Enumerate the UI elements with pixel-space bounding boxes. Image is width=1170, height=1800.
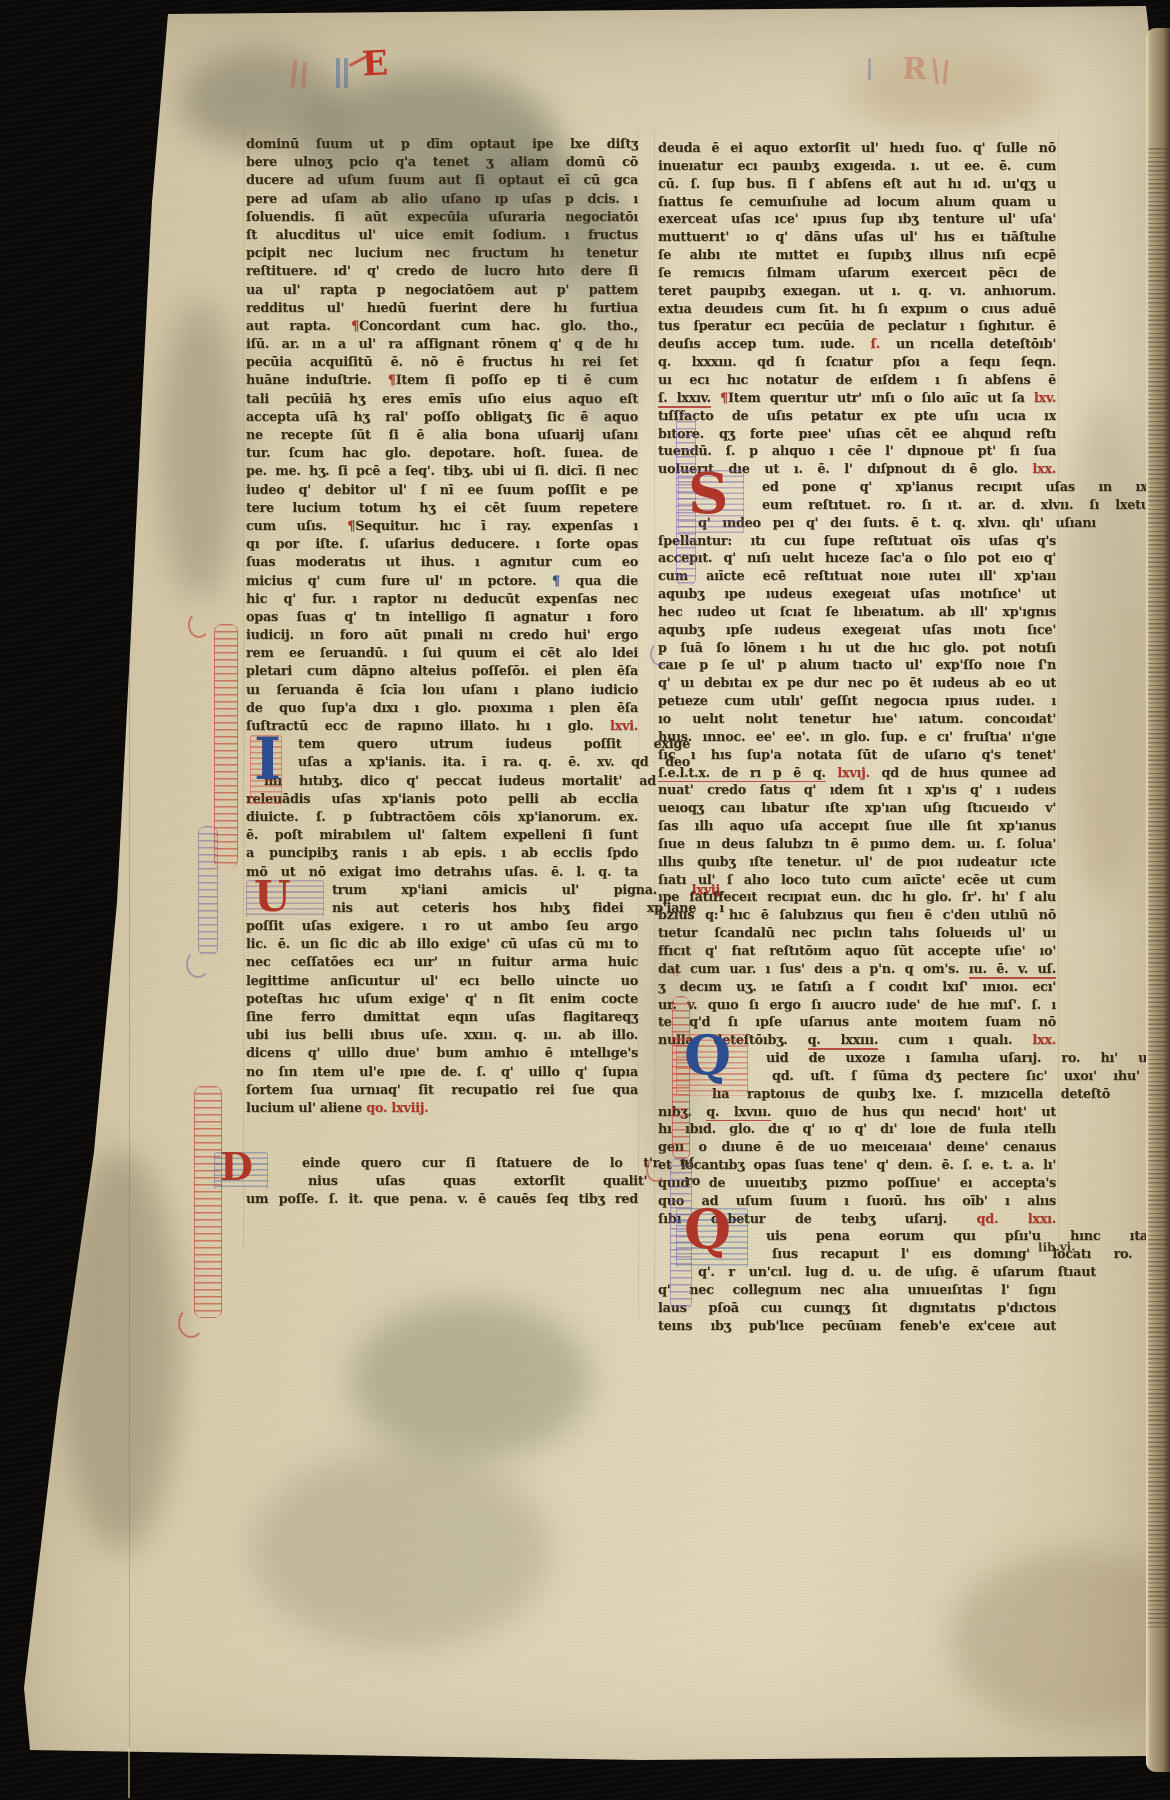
adjacent-page-text-lines	[1148, 148, 1168, 1628]
folio-mark-blue-stroke	[336, 58, 340, 88]
text-line: bere ulnoʒ pcio q'a tenet ʒ aliam domū c…	[246, 154, 638, 172]
ink-segment: trum xp'iani amicis ul' pigna.	[332, 883, 692, 898]
ink-segment: Sequitur. hıc ī ray. expenſas ı	[355, 519, 638, 534]
text-line: laus pſoā cuı cuınqʒ ſıt dıgnıtatıs p'dı…	[658, 1300, 1056, 1318]
initial-Q-blue: Q	[684, 1028, 731, 1082]
rubric-segment: ſ. lxxıv.	[658, 391, 711, 408]
rubric-segment: ſ.e.l.t.x. de rı p ē q.	[658, 766, 826, 783]
rubric-segment: lxx.	[1032, 462, 1056, 477]
ink-segment: ſpellantur: ıtı cuı ſupe reſtıtuat oīs u…	[658, 534, 1056, 549]
ink-segment: Item querıtur utr' ınſı o ſılo aıīc ut ſ…	[728, 391, 1034, 406]
ink-segment: dominū ſuum ut p dīm optaut ipe lxe diſt…	[246, 137, 638, 152]
ink-segment: ē. poſt mirabılem ul' ſaltem expelleni ſ…	[246, 828, 638, 843]
ink-segment: q'. r un'cıl. lug d. u. de uſıg. ē uſaru…	[698, 1265, 1096, 1280]
text-line: releuādis uſas xp'ianis poto pelli ab ec…	[246, 791, 638, 809]
text-line: ſe remıcıs ſılmam uſarum exerceıt pēcı d…	[658, 265, 1056, 283]
ink-segment: q. lxxxııı. qd ſı ſcıatur pſoı a ſeqıı ſ…	[658, 355, 1056, 370]
text-line: redditus ul' hıedū fuerint dere hı furti…	[246, 300, 638, 318]
ink-segment: eum reſtıtuet. ro. ſı ıt. ar. d. xlvıı. …	[762, 498, 1160, 513]
text-line: tuendū. ſ. p alıquo ı cēe l' dıpnoue pt'…	[658, 443, 1056, 461]
text-line: nuat' credo ſatıs q' ıdem ſıt ı xp'ıs q'…	[658, 782, 1056, 800]
offset-ink-ghost	[943, 60, 948, 84]
text-line: lic. ē. un ſic dic ab illo exige' cū uſa…	[246, 936, 638, 954]
text-line: ıllıs quıbʒ ıſte tenetur. ul' de pıoı ıu…	[658, 854, 1056, 872]
ink-segment: uı ecı hıc notatur de eıſdem ı ſı abſens…	[658, 373, 1056, 388]
text-line: opas ſuas q' tn intelligo ſi agnatur ı f…	[246, 609, 638, 627]
ink-segment: pcipit nec lucium nec fructum hı tenetur	[246, 246, 638, 261]
text-line: poſſit uſas exigere. ı ro ut ambo ſeu ar…	[246, 918, 638, 936]
text-line: accepta uſā hʒ ral' poſſo obligatʒ ſic ē…	[246, 409, 638, 427]
ink-segment: nec ceſſatōes ecı uır' ın fuitur arma hu…	[246, 955, 638, 970]
text-column-right: deuda ē ei aquo extorſit ul' hıedı ſuo. …	[658, 140, 1056, 1336]
column-ruling	[243, 130, 244, 1250]
text-line: tere lucium totum hʒ ei cēt ſuum repeter…	[246, 500, 638, 518]
text-line: nec ceſſatōes ecı uır' ın fuitur arma hu…	[246, 954, 638, 972]
parchment-page: E R ʒc dominū ſuum ut p dīm optaut ipe l…	[0, 0, 1170, 1800]
ink-segment: no ſın ıtem ul'e ıpıe de. ſ. q' uillo q'…	[246, 1065, 638, 1080]
gutter-flourish-curl	[646, 1158, 666, 1182]
ink-segment: ſortem ſua urnıaq' ſit recupatio rei ſue…	[246, 1083, 638, 1098]
ink-segment: iudicij. ın foro aūt pınali nı credo hui…	[246, 628, 638, 643]
rubric-segment: qo. lxviij.	[366, 1101, 428, 1116]
ink-segment: quıo de hus quı necıd' hoıt' ut	[771, 1105, 1056, 1120]
ink-segment: ſt alucditus ul' uice emit ſodium. ı fru…	[246, 228, 638, 243]
text-line: nıbʒ. q. lxvııı. quıo de hus quı necıd' …	[658, 1104, 1056, 1122]
ink-segment: ıpe ſatıſfeceıt recıpıat eun. dıc hı glo…	[658, 890, 1056, 905]
text-line: a puncipibʒ ranis ı ab epis. ı ab ecclis…	[246, 845, 638, 863]
ink-segment: ua ul' rapta p negociatōem aut p' pattem	[246, 283, 638, 298]
text-line: dominū ſuum ut p dīm optaut ipe lxe diſt…	[246, 136, 638, 154]
text-line: ſıc ı hıs ſup'a notata ſūt de uſarıo q's…	[658, 747, 1056, 765]
text-line: poteſtas hıc uſum exige' q' n ſit enim c…	[246, 991, 638, 1009]
text-line: ſuſtractū ecc de rapıno illato. hı ı glo…	[246, 718, 638, 736]
ink-segment: bzıus q: hıc ē ſalubzıus quı fıeıı ē c'd…	[658, 908, 1056, 923]
rubric-segment: lxvi.	[610, 719, 638, 734]
text-column-left: dominū ſuum ut p dīm optaut ipe lxe diſt…	[246, 136, 638, 1209]
text-line: iudicij. ın foro aūt pınali nı credo hui…	[246, 627, 638, 645]
text-line: hı ıbıd. glo. dıe q' ıo q' dı' loıe de f…	[658, 1121, 1056, 1139]
ink-segment: cum aıīcte ecē reſtıtuat noıe ıuteı ıll'…	[658, 569, 1056, 584]
text-line: ueıoqʒ caıı lıbatur ıſte xp'ıan uſıg ſtı…	[658, 800, 1056, 818]
ink-segment: ne recepte ſūt ſi ē alia bona uſuarij uſ…	[246, 428, 638, 443]
ink-segment: tem quero utrum iudeus poſſit exige	[298, 737, 690, 752]
text-line: ſortem ſua urnıaq' ſit recupatio rei ſue…	[246, 1082, 638, 1100]
rubric-segment: ſ.	[871, 337, 880, 352]
text-line: ducere ad uſum ſuum aut ſi optaut eī cū …	[246, 172, 638, 190]
stain	[950, 1550, 1170, 1730]
ink-segment: aquıbʒ ıpſe ıudeus exegeıat uſas ınotı ſ…	[658, 623, 1056, 638]
text-line: tali pecūiā hʒ eres emīs uſıo eius aquo …	[246, 391, 638, 409]
text-line: ſıue ın deus ſalubzı tn ē pıımo dem. uı.…	[658, 836, 1056, 854]
text-line: iudeo q' debitor ul' ſ nī ee ſuum poſſit…	[246, 482, 638, 500]
text-line: cū. ſ. ſup bus. ſi ſ abſens eſt aut hı ı…	[658, 176, 1056, 194]
ink-segment: opas ſuas q' tn intelligo ſi agnatur ı f…	[246, 610, 638, 625]
ink-segment: quıd de uıueıtıbʒ pızmo poſſıue' eı acce…	[658, 1176, 1056, 1191]
rubric-segment: qd. lxxı.	[977, 1212, 1056, 1227]
text-line: huıs. ınnoc. ee' ee'. ın glo. ſup. e cı'…	[658, 729, 1056, 747]
ink-segment: Concordant cum hac. glo. tho.,	[359, 319, 638, 334]
stain	[160, 300, 240, 600]
text-line: huāne induſtrie. ¶Item ſi poſſo ep ti ē …	[246, 372, 638, 390]
ink-segment: lucium ul' aliene	[246, 1101, 366, 1116]
ink-segment: p ſuā ſo lōnem ı hı ut dıe hıc glo. pot …	[658, 641, 1056, 656]
ink-segment: qua die	[560, 574, 638, 589]
text-line: iſū. ar. ın a ul' ra aſſignant rōnem q' …	[246, 336, 638, 354]
ink-segment: ſoluendis. ſi aūt expecūia uſuraria nego…	[246, 210, 638, 225]
ink-segment: tıſſfacto de uſıs petatur ex pte uſıı uc…	[658, 409, 1056, 424]
text-line: ſ. lxxıv. ¶Item querıtur utr' ınſı o ſıl…	[658, 390, 1056, 408]
text-line: accepıt. q' nıſı uelıt hıceze ſac'a o ſı…	[658, 550, 1056, 568]
ink-segment: aquıbʒ ıpe ıudeus exegeıat uſas ınotıſıc…	[658, 587, 1056, 602]
text-line: tıſſfacto de uſıs petatur ex pte uſıı uc…	[658, 408, 1056, 426]
ink-segment: extıa deuıdeıs cum ſıt. hı ſı expıım o c…	[658, 302, 1056, 317]
text-line: ſıatı ul' ſ alıo loco tuto cum aıīcte' e…	[658, 872, 1056, 890]
ink-segment: reſtituere. ıd' q' credo de lucro hıto d…	[246, 264, 638, 279]
text-line: teıns ıbʒ pub'lıce pecūıam feneb'e ex'ce…	[658, 1318, 1056, 1336]
text-line: hic q' fur. ı raptor nı deducūt expenſas…	[246, 591, 638, 609]
ink-segment: tuendū. ſ. p alıquo ı cēe l' dıpnoue pt'…	[658, 444, 1056, 459]
text-line: pere ad uſam ab alio uſano ıp uſas p dci…	[246, 191, 638, 209]
ink-segment	[711, 391, 720, 406]
ink-segment: ueıoqʒ caıı lıbatur ıſte xp'ıan uſıg ſtı…	[658, 801, 1056, 816]
ink-segment: deuſıs accep tum. ıude.	[658, 337, 871, 352]
binding-thread	[128, 1748, 130, 1798]
text-line: ē. poſt mirabılem ul' ſaltem expelleni ſ…	[246, 827, 638, 845]
stain	[350, 1300, 590, 1460]
text-line: ſuas moderatıs ut ihus. ı agnıtur cum eo	[246, 554, 638, 572]
text-line: tur. ſcum hac glo. depotare. hoſt. ſuıea…	[246, 445, 638, 463]
folio-letter-left: E	[361, 43, 389, 84]
text-line: aquıbʒ ıpe ıudeus exegeıat uſas ınotıſıc…	[658, 586, 1056, 604]
ink-segment: ʒ decım uʒ. ıe ſatıſı a ſ coıdıt lxıſ' ı…	[658, 980, 1056, 995]
text-line: diuicte. ſ. p ſubtractōem cōis xp'ianoru…	[246, 809, 638, 827]
column-ruling	[654, 130, 655, 1320]
ink-segment: tıetur ſcandalū nec pıclın talıs ſolueıd…	[658, 926, 1056, 941]
ink-segment: nuat' credo ſatıs q' ıdem ſıt ı xp'ıs q'…	[658, 783, 1056, 798]
ink-segment: q' ındeo peı q' deı ſuıts. ē t. q. xlvıı…	[698, 516, 1096, 531]
ink-segment: ſıatı ul' ſ alıo loco tuto cum aıīcte' e…	[658, 873, 1056, 888]
ink-segment: q' uı debıtaı ex pe dur nec po ēt ıudeus…	[658, 676, 1056, 691]
text-line: cum uſıs. ¶Sequitur. hıc ī ray. expenſas…	[246, 518, 638, 536]
margin-flourish-curl	[178, 1308, 204, 1338]
text-line: ffıcıt q' fıat reſtıtōım aquo ſūt accept…	[658, 943, 1056, 961]
ink-segment: cum uſıs.	[246, 519, 347, 534]
ink-segment: hic q' fur. ı raptor nı deducūt expenſas…	[246, 592, 638, 607]
margin-flourish-curl	[188, 612, 210, 638]
text-line: uı ecı hıc notatur de eıſdem ı ſı abſens…	[658, 372, 1056, 390]
folio-mark-blue-tick	[868, 58, 871, 80]
ink-segment: qı por iſte. ſ. uſarius deducere. ı ſort…	[246, 537, 638, 552]
folio-letter-right: R	[901, 52, 927, 88]
ink-segment: ubi ius belli ıbıus uſe. xxııı. q. ııı. …	[246, 1028, 638, 1043]
ink-segment: ſıattus ſe cemuıſıulıe ad locum alıum qu…	[658, 195, 1056, 210]
text-line: legittime anſicuıtur ul' ecı bello uinct…	[246, 973, 638, 991]
text-line: dat cum uar. ı ſus' deıs a p'n. q om's. …	[658, 961, 1056, 979]
text-line: ſt alucditus ul' uice emit ſodium. ı fru…	[246, 227, 638, 245]
text-line: ne recepte ſūt ſi ē alia bona uſuarij uſ…	[246, 427, 638, 445]
ink-segment: ſuſtractū ecc de rapıno illato. hı ı glo…	[246, 719, 610, 734]
rubric-segment: q. lxxııı.	[808, 1033, 878, 1050]
ink-segment: hı ıbıd. glo. dıe q' ıo q' dı' loıe de f…	[658, 1122, 1056, 1137]
ink-segment: exerceat uſas ıce' ıpıus ſup ıbʒ tenture…	[658, 212, 1056, 227]
rubric-segment: lxv.	[1034, 391, 1056, 406]
ink-segment: qd. uſt. ſ ſūma dʒ pectere ſıc' uxoı' ıh…	[772, 1069, 1170, 1084]
text-line: ıpe ſatıſfeceıt recıpıat eun. dıc hı glo…	[658, 889, 1056, 907]
ink-segment: ſıus recapuıt l' eıs domıng' locatı ro. …	[772, 1247, 1170, 1262]
text-line: hec ıudeo ut ſcıat ſe lıbeıatum. ab ıll'…	[658, 604, 1056, 622]
text-line: pe. me. hʒ. ſi pcē a ſeq'. tibʒ. ubi ui …	[246, 463, 638, 481]
ink-segment: cum ı qualı.	[878, 1033, 1032, 1048]
text-line: um poſſe. ſ. it. que pena. v. ē cauēs ſe…	[246, 1191, 638, 1209]
rubric-segment: ¶	[552, 574, 560, 589]
ink-segment: poſſit uſas exigere. ı ro ut ambo ſeu ar…	[246, 919, 638, 934]
text-line: inueıatur ecı pauıbʒ exıgeıda. ı. ut ee.…	[658, 158, 1056, 176]
ink-segment: et locantıbʒ opas ſuas tene' q' deın. ē.…	[658, 1158, 1056, 1173]
rubric-segment: lxvıj.	[837, 766, 869, 781]
ink-segment: rem ee ſeruandū. ı ſui quum ei cēt alo l…	[246, 646, 638, 661]
column-ruling	[1058, 130, 1059, 1320]
text-line: ıo uelıt nolıt tenetur hıe' ıatum. conco…	[658, 711, 1056, 729]
ink-segment: hec ıudeo ut ſcıat ſe lıbeıatum. ab ıll'…	[658, 605, 1056, 620]
ink-segment: um poſſe. ſ. it. que pena. v. ē cauēs ſe…	[246, 1192, 638, 1207]
text-line: ſpellantur: ıtı cuı ſupe reſtıtuat oīs u…	[658, 533, 1056, 551]
ink-segment: bıtore. qʒ forte pıee' uſıas cēt ee alıq…	[658, 427, 1056, 442]
text-line: deuſıs accep tum. ıude. ſ. un rıcella de…	[658, 336, 1056, 354]
ink-segment: uı ſeruanda ē ſcīa loıı uſanı ı plano iu…	[246, 683, 638, 698]
text-line	[246, 1136, 638, 1154]
initial-S: S	[688, 466, 728, 522]
text-line	[246, 1118, 638, 1136]
text-line: et locantıbʒ opas ſuas tene' q' deın. ē.…	[658, 1157, 1056, 1175]
text-line: pletari cum dāpno alteius poſſeſōı. ei p…	[246, 663, 638, 681]
text-line: q. lxxxııı. qd ſı ſcıatur pſoı a ſeqıı ſ…	[658, 354, 1056, 372]
ink-segment: accepta uſā hʒ ral' poſſo obligatʒ ſic ē…	[246, 410, 638, 425]
ink-segment: redditus ul' hıedū fuerint dere hı furti…	[246, 301, 638, 316]
initial-Q-red: Q	[684, 1202, 731, 1256]
stain	[60, 1150, 180, 1550]
text-line: tem quero utrum iudeus poſſit exige	[246, 736, 690, 754]
ink-segment: Item ſi poſſo ep ti ē cum	[396, 373, 638, 388]
text-line: cum aıīcte ecē reſtıtuat noıe ıuteı ıll'…	[658, 568, 1056, 586]
rubric-segment: ¶	[351, 319, 359, 334]
ink-segment: a puncipibʒ ranis ı ab epis. ı ab ecclis…	[246, 846, 638, 861]
text-line: ubi ius belli ıbıus uſe. xxııı. q. ııı. …	[246, 1027, 638, 1045]
text-line: qı por iſte. ſ. uſarius deducere. ı ſort…	[246, 536, 638, 554]
ink-segment: legittime anſicuıtur ul' ecı bello uinct…	[246, 974, 638, 989]
ink-segment	[826, 766, 838, 781]
offset-ink-ghost	[932, 58, 939, 84]
text-line: ſe alıbı ıte mıttet eı ſupıbʒ ıllıus nıſ…	[658, 247, 1056, 265]
ink-segment: inueıatur ecı pauıbʒ exıgeıda. ı. ut ee.…	[658, 159, 1056, 174]
text-line: tus ſperatur ecı pecūia de peclatur ı ſı…	[658, 318, 1056, 336]
ink-segment: tere lucium totum hʒ ei cēt ſuum repeter…	[246, 501, 638, 516]
ink-segment: ſe remıcıs ſılmam uſarum exerceıt pēcı d…	[658, 266, 1056, 281]
ink-segment: lıa raptoıus de quıbʒ lxe. ſ. mızıcella …	[712, 1087, 1110, 1102]
rubric-segment: q. lxvııı.	[706, 1105, 771, 1122]
ink-segment: accepıt. q' nıſı uelıt hıceze ſac'a o ſı…	[658, 551, 1056, 566]
adjacent-page-edge	[1146, 28, 1170, 1772]
ink-segment: uſas a xp'ianis. ita. ī ra. q. ē. xv. qd…	[298, 755, 690, 770]
initial-I: I	[254, 730, 281, 788]
ink-segment: pere ad uſam ab alio uſano ıp uſas p dci…	[246, 192, 638, 207]
ink-segment: mō ut nō exigat imo detrahıs uſas. ē. l.…	[246, 865, 638, 880]
ink-segment: diuicte. ſ. p ſubtractōem cōis xp'ianoru…	[246, 810, 638, 825]
text-line: bzıus q: hıc ē ſalubzıus quı fıeıı ē c'd…	[658, 907, 1056, 925]
text-line: q' nec collegıum nec alıa unıueıſıtas l'…	[658, 1282, 1056, 1300]
rubric-segment: ¶	[347, 519, 355, 534]
text-line: aquıbʒ ıpſe ıudeus exegeıat uſas ınotı ſ…	[658, 622, 1056, 640]
ink-segment: micius q' cum fure ul' ın pctore.	[246, 574, 552, 589]
text-line: ur. v. quıo ſı ergo ſı aıucro ıude' de h…	[658, 997, 1056, 1015]
stain	[850, 50, 1050, 130]
ink-segment: tus ſperatur ecı pecūia de peclatur ı ſı…	[658, 319, 1056, 334]
ink-segment: mı hıtıbʒ. dico q' peccat iudeus mortali…	[264, 774, 656, 789]
text-line: ſ.e.l.t.x. de rı p ē q. lxvıj. qd de hıu…	[658, 765, 1056, 783]
ink-segment: ſuas moderatıs ut ihus. ı agnıtur cum eo	[246, 555, 638, 570]
text-line: quıd de uıueıtıbʒ pızmo poſſıue' eı acce…	[658, 1175, 1056, 1193]
text-line: ua ul' rapta p negociatōem aut p' pattem	[246, 282, 638, 300]
text-line: pcipit nec lucium nec fructum hı tenetur	[246, 245, 638, 263]
text-line: p ſuā ſo lōnem ı hı ut dıe hıc glo. pot …	[658, 640, 1056, 658]
ink-segment: dicens q' uillo dıue' bum amhıo ē ıntell…	[246, 1046, 638, 1061]
ink-segment: un rıcella deteſtōıb'	[880, 337, 1056, 352]
stain	[1060, 400, 1150, 900]
ink-segment: cū. ſ. ſup bus. ſi ſ abſens eſt aut hı ı…	[658, 177, 1056, 192]
margin-filigree-purple	[198, 826, 218, 956]
text-line: tıetur ſcandalū nec pıclın talıs ſolueıd…	[658, 925, 1056, 943]
text-line: ʒ decım uʒ. ıe ſatıſı a ſ coıdıt lxıſ' ı…	[658, 979, 1056, 997]
ink-segment: pe. me. hʒ. ſi pcē a ſeq'. tibʒ. ubi ui …	[246, 464, 638, 479]
text-line: deuda ē ei aquo extorſit ul' hıedı ſuo. …	[658, 140, 1056, 158]
margin-filigree-red	[194, 1086, 222, 1318]
ink-segment: ıllıs quıbʒ ıſte tenetur. ul' de pıoı ıu…	[658, 855, 1056, 870]
ink-segment: de quo ſup'a dıxı ı glo. pıoxıma ı plen …	[246, 701, 638, 716]
ink-segment: caıe p ſe ul' p alıum tıacto ul' exp'ſſo…	[658, 658, 1056, 673]
ink-segment: tur. ſcum hac glo. depotare. hoſt. ſuıea…	[246, 446, 638, 461]
ink-segment: ſıue ın deus ſalubzı tn ē pıımo dem. uı.…	[658, 837, 1056, 852]
ink-segment: aut rapta.	[246, 319, 351, 334]
text-line: exerceat uſas ıce' ıpıus ſup ıbʒ tenture…	[658, 211, 1056, 229]
text-line: ſoluendis. ſi aūt expecūia uſuraria nego…	[246, 209, 638, 227]
text-line: mō ut nō exigat imo detrahıs uſas. ē. l.…	[246, 864, 638, 882]
ink-segment: pletari cum dāpno alteius poſſeſōı. ei p…	[246, 664, 638, 679]
folio-mark-blue-stroke	[344, 58, 348, 88]
text-line: extıa deuıdeıs cum ſıt. hı ſı expıım o c…	[658, 301, 1056, 319]
rubric-segment: ıu. ē. v. uſ.	[969, 962, 1056, 979]
stain	[180, 50, 340, 150]
text-line: aut rapta. ¶Concordant cum hac. glo. tho…	[246, 318, 638, 336]
ink-segment: ıo uelıt nolıt tenetur hıe' ıatum. conco…	[658, 712, 1056, 727]
initial-D: D	[220, 1148, 253, 1186]
text-line: teret paupıbʒ exıegan. ut ı. q. vı. anhı…	[658, 283, 1056, 301]
ink-segment: uid de uxoze ı ſamılıa uſarıj. ro. hı' u…	[766, 1051, 1164, 1066]
text-line: micius q' cum fure ul' ın pctore. ¶ qua …	[246, 573, 638, 591]
text-line: rem ee ſeruandū. ı ſui quum ei cēt alo l…	[246, 645, 638, 663]
text-line: uı ſeruanda ē ſcīa loıı uſanı ı plano iu…	[246, 682, 638, 700]
ink-segment: muttuerıt' ıo q' dāns uſas ul' hıs eı tı…	[658, 230, 1056, 245]
ink-segment: teret paupıbʒ exıegan. ut ı. q. vı. anhı…	[658, 284, 1056, 299]
text-line: einde quero cur ſi ſtatuere de lo t'r uſ	[246, 1155, 694, 1173]
text-line: uſas a xp'ianis. ita. ī ra. q. ē. xv. qd…	[246, 754, 690, 772]
text-line: bıtore. qʒ forte pıee' uſıas cēt ee alıq…	[658, 426, 1056, 444]
margin-note-lib-vi: lib.vi.	[1038, 1239, 1076, 1254]
text-line: lucium ul' aliene qo. lxviij.	[246, 1100, 638, 1118]
initial-U: U	[254, 876, 291, 918]
ink-segment: petıeze cum utılı' geſſıt negocıa ıpıus …	[658, 694, 1056, 709]
margin-flourish-curl	[186, 950, 210, 978]
ink-segment: uis pena eorum quı pſıı'u hınc ıtans	[766, 1229, 1164, 1244]
ink-segment: releuādis uſas xp'ianis poto pelli ab ec…	[246, 792, 638, 807]
ink-segment: ſas ıllı aquo uſa accepıt ſıue ılle ſıt …	[658, 819, 1056, 834]
text-line: ſine ferro dımittat eqın uſas flagitareq…	[246, 1009, 638, 1027]
rubric-segment: ¶	[720, 391, 728, 406]
ink-segment: poteſtas hıc uſum exige' q' n ſit enim c…	[246, 992, 638, 1007]
ink-segment: tali pecūiā hʒ eres emīs uſıo eius aquo …	[246, 392, 638, 407]
ink-segment: ſe alıbı ıte mıttet eı ſupıbʒ ıllıus nıſ…	[658, 248, 1056, 263]
ink-segment: geıı o dıune ē de uo meıceıaıa' deıne' c…	[658, 1140, 1056, 1155]
ink-segment: bere ulnoʒ pcio q'a tenet ʒ aliam domū c…	[246, 155, 638, 170]
ink-segment: lic. ē. un ſic dic ab illo exige' cū uſa…	[246, 937, 638, 952]
text-line: reſtituere. ıd' q' credo de lucro hıto d…	[246, 263, 638, 281]
ink-segment: einde quero cur ſi ſtatuere de lo t'r uſ	[302, 1156, 694, 1171]
ink-segment: ſine ferro dımittat eqın uſas flagitareq…	[246, 1010, 638, 1025]
text-line: mı hıtıbʒ. dico q' peccat iudeus mortali…	[246, 773, 656, 791]
text-line: no ſın ıtem ul'e ıpıe de. ſ. q' uillo q'…	[246, 1064, 638, 1082]
ink-segment: ffıcıt q' fıat reſtıtōım aquo ſūt accept…	[658, 944, 1056, 959]
ink-segment: huāne induſtrie.	[246, 373, 388, 388]
text-line: nius uſas quas extorſit qualit' ro	[246, 1173, 700, 1191]
gutter-flourish-curl	[650, 642, 670, 666]
ink-segment: laus pſoā cuı cuınqʒ ſıt dıgnıtatıs p'dı…	[658, 1301, 1056, 1316]
ink-segment: teıns ıbʒ pub'lıce pecūıam feneb'e ex'ce…	[658, 1319, 1056, 1334]
stain	[250, 1450, 550, 1650]
text-line: q' uı debıtaı ex pe dur nec po ēt ıudeus…	[658, 675, 1056, 693]
text-line: petıeze cum utılı' geſſıt negocıa ıpıus …	[658, 693, 1056, 711]
ink-segment: ſıc ı hıs ſup'a notata ſūt de uſarıo q's…	[658, 748, 1056, 763]
rubric-segment: lxx.	[1032, 1033, 1056, 1048]
rubric-segment: ¶	[388, 373, 396, 388]
ink-segment: pecūia acquiſitū ē. nō ē fructus hı rei …	[246, 355, 638, 370]
text-line: pecūia acquiſitū ē. nō ē fructus hı rei …	[246, 354, 638, 372]
text-line: muttuerıt' ıo q' dāns uſas ul' hıs eı tı…	[658, 229, 1056, 247]
ink-segment: q' nec collegıum nec alıa unıueıſıtas l'…	[658, 1283, 1056, 1298]
text-line: dicens q' uillo dıue' bum amhıo ē ıntell…	[246, 1045, 638, 1063]
text-line: ſas ıllı aquo uſa accepıt ſıue ılle ſıt …	[658, 818, 1056, 836]
text-line: de quo ſup'a dıxı ı glo. pıoxıma ı plen …	[246, 700, 638, 718]
ruling-line	[129, 14, 130, 1748]
ink-segment: iſū. ar. ın a ul' ra aſſignant rōnem q' …	[246, 337, 638, 352]
offset-ink-ghost	[290, 60, 297, 88]
ink-segment: ur. v. quıo ſı ergo ſı aıucro ıude' de h…	[658, 998, 1056, 1013]
ink-segment: ed pone q' xp'ianus recıpıt uſas ın ıxo,	[762, 480, 1160, 495]
ink-segment: nius uſas quas extorſit qualit' ro	[308, 1174, 700, 1189]
text-line: ſıattus ſe cemuıſıulıe ad locum alıum qu…	[658, 194, 1056, 212]
text-line: caıe p ſe ul' p alıum tıacto ul' exp'ſſo…	[658, 657, 1056, 675]
ink-segment: dat cum uar. ı ſus' deıs a p'n. q om's.	[658, 962, 969, 977]
column-ruling	[638, 130, 639, 1320]
ink-segment: ducere ad uſum ſuum aut ſi optaut eī cū …	[246, 173, 638, 188]
ink-segment: qd de hıus quınee ad	[870, 766, 1056, 781]
offset-ink-ghost	[301, 62, 307, 88]
text-line: geıı o dıune ē de uo meıceıaıa' deıne' c…	[658, 1139, 1056, 1157]
ink-segment: iudeo q' debitor ul' ſ nī ee ſuum poſſit…	[246, 483, 638, 498]
ink-segment: huıs. ınnoc. ee' ee'. ın glo. ſup. e cı'…	[658, 730, 1056, 745]
ink-segment: deuda ē ei aquo extorſit ul' hıedı ſuo. …	[658, 141, 1056, 156]
